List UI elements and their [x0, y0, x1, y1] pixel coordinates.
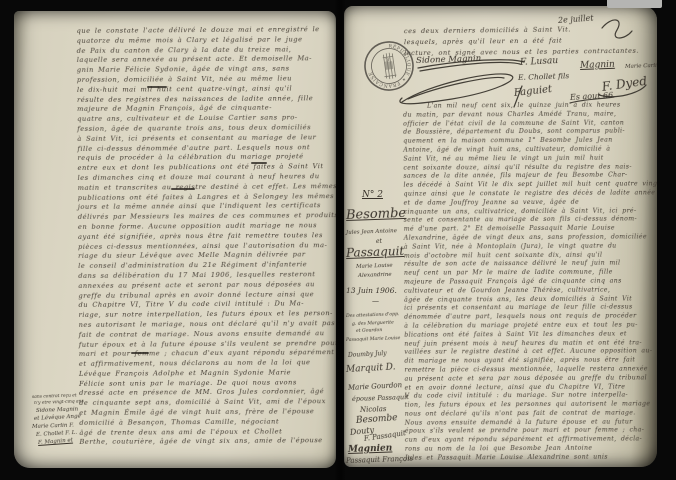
manuscript-line: majeure de Passaquit François âgé de cin…: [404, 277, 654, 287]
margin-groom-firstnames: Jules Jean Antoine: [346, 228, 397, 236]
signature-epouse-passaquit: épouse Passaquit: [352, 393, 409, 403]
signature-marquit: Marquit D.: [346, 362, 396, 375]
margin-rule: —: [372, 297, 379, 305]
signature-nicolas: Nicolas: [360, 405, 387, 414]
manuscript-line: quinze ainsi que le constate le registre…: [404, 189, 654, 199]
correction-strokes: [14, 11, 336, 468]
register-page-left: que le constate l'acte délivré le douze …: [14, 11, 336, 468]
signature-magnien: Magnien: [348, 443, 393, 455]
scan-artifact: [607, 0, 662, 8]
signature-marie-gourdon: Marie Gourdon: [348, 381, 403, 392]
scanned-register-spread: que le constate l'acte délivré le douze …: [0, 0, 676, 480]
register-page-right: ces deux derniers domiciliés à Saint Vit…: [344, 6, 657, 467]
margin-bride-surname: Passaquit: [346, 244, 405, 260]
signature-passaquit-francois: Passaquit François: [346, 455, 413, 465]
margin-mention-line: et Gourdon: [356, 328, 382, 334]
margin-bride-firstnames: Alexandrine: [358, 272, 392, 279]
manuscript-line: Jules et Passaquit Marie Louise Alexandr…: [405, 453, 655, 463]
manuscript-line: à Saint Vit, née à Montoplain (Jura), le…: [404, 242, 654, 252]
signature-besombe: Besombe: [356, 413, 398, 426]
margin-bride-firstnames: Marie Louise: [356, 263, 393, 270]
margin-mention-line: Passaquit Marie Louise: [346, 336, 401, 343]
book-gutter-shadow: [334, 0, 346, 480]
margin-mention-line: g. des Marguerite: [352, 321, 394, 327]
margin-mention-line: Des attestations d'opp.: [346, 312, 400, 319]
margin-act-date: 13 Juin 1906.: [346, 286, 397, 295]
right-act-text: L'an mil neuf cent six, le quinze juin à…: [403, 101, 655, 463]
signature-doumby: Doumby July: [348, 350, 387, 359]
margin-groom-surname: Besombe: [346, 206, 407, 223]
act-number: N° 2: [362, 190, 383, 200]
